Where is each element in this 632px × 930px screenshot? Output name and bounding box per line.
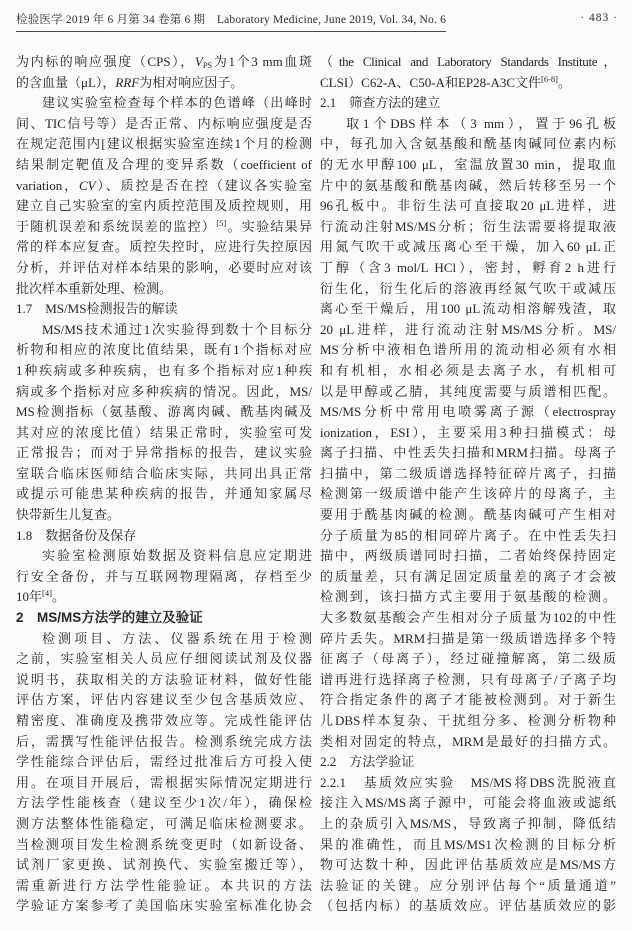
text-run: MS/MS分析中常用电喷雾离子源（electrospray (320, 404, 616, 419)
text-line: MS/MS技术通过1次实验得到数十个目标分 (16, 320, 312, 341)
text-line: 碎片丢失。MRM扫描是第一级质谱选择多个特 (320, 629, 616, 650)
text-run: 试剂厂家更换、试剂换代、实验室搬迁等）， (16, 857, 312, 872)
text-run: 于随机误差和系统误差的监控） (16, 219, 216, 234)
text-run: CLSI）C62-A、C50-A和EP28-A3C文件 (320, 75, 541, 90)
text-line: 实验室检测原始数据及资料信息应定期进 (16, 546, 312, 567)
text-run: 行流动注射MS/MS分析；衍生法需要将提取液 (320, 219, 616, 234)
text-line: 于随机误差和系统误差的监控）[5]。实验结果异 (16, 217, 312, 238)
text-run: 其对应的浓度比值）结果正常时，实验室可发 (16, 425, 312, 440)
text-run: MS/MS技术通过1次实验得到数十个目标分 (42, 322, 312, 337)
text-line: 描中，两级质谱同时扫描，二者始终保持固定 (320, 546, 616, 567)
text-run: 1.7 MS/MS检测报告的解读 (16, 301, 177, 316)
text-run: ionization，ESI），主要采用3种扫描模式：母 (320, 425, 616, 440)
text-line: 以是甲醇或乙腈，其纯度需要与质谱相匹配。 (320, 382, 616, 403)
text-line: 其对应的浓度比值）结果正常时，实验室可发 (16, 423, 312, 444)
right-column: （the Clinical and Laboratory Standards I… (320, 52, 616, 917)
text-run: 96孔板中。非衍生法可直接取20 μL进样，进 (320, 198, 616, 213)
text-run: variation， (16, 178, 79, 193)
text-run: 的含血量（μL）， (16, 75, 115, 90)
text-run: 快带新生儿复查。 (16, 507, 120, 522)
text-run: 用。在项目开展后，需根据实际情况定期进行 (16, 775, 312, 790)
text-run: 1.8 数据备份及保存 (16, 528, 136, 543)
text-line: 分子质量为85的相同碎片离子。在中性丢失扫 (320, 526, 616, 547)
text-line: （包括内标）的基质效应。评估基质效应的影 (320, 896, 616, 917)
text-line: 为内标的响应强度（CPS），VPS为1个3 mm血斑 (16, 52, 312, 73)
text-line: 扫描中，第二级质谱选择特征碎片离子，扫描 (320, 464, 616, 485)
text-run: 要用于酰基肉碱的检测。酰基肉碱可产生相对 (320, 507, 616, 522)
text-run: 儿DBS样本复杂、干扰组分多、检测分析物种 (320, 713, 616, 728)
italic-symbol: V (195, 54, 203, 69)
text-line: 2.2.1 基质效应实验 MS/MS将DBS洗脱液直 (320, 773, 616, 794)
text-run: 实验室检测原始数据及资料信息应定期进 (42, 548, 312, 563)
text-line: 的含血量（μL），RRF为相对响应因子。 (16, 73, 312, 94)
text-run: 2.2 方法学验证 (320, 754, 414, 769)
text-line: 1种疾病或多种疾病，也有多个指标对应1种疾 (16, 361, 312, 382)
text-run: 离心至干燥后，用100 μL流动相溶解残渣，取 (320, 301, 616, 316)
text-run: （包括内标）的基质效应。评估基质效应的影 (320, 898, 616, 913)
text-line: MS检测指标（氨基酸、游离肉碱、酰基肉碱及 (16, 402, 312, 423)
text-line: 接注入MS/MS离子源中，可能会将血液或滤纸 (320, 793, 616, 814)
text-run: （the Clinical and Laboratory Standards I… (320, 54, 616, 69)
text-line: 精密度、准确度及携带效应等。完成性能评估 (16, 711, 312, 732)
text-line: 检测到，该扫描方式主要用于氨基酸的检测。 (320, 587, 616, 608)
text-line: 法验证的关键。应分别评估每个“质量通道” (320, 876, 616, 897)
text-line: 要用于酰基肉碱的检测。酰基肉碱可产生相对 (320, 505, 616, 526)
text-line: 建立自己实验室的室内质控范围及质控规则，用 (16, 196, 312, 217)
text-line: 上的杂质引入MS/MS，导致离子抑制，降低结 (320, 814, 616, 835)
text-run: 建立自己实验室的室内质控范围及质控规则，用 (16, 198, 312, 213)
text-run: 果的准确性，而且MS/MS1次检测的目标分析 (320, 837, 616, 852)
text-line: 正常报告；而对于异常指标的报告，建议实验 (16, 443, 312, 464)
text-run: 正常报告；而对于异常指标的报告，建议实验 (16, 445, 312, 460)
text-run: 用氮气吹干或减压离心至干燥，加入60 μL正 (320, 239, 616, 254)
text-run: 征离子（母离子），经过碰撞解离，第二级质 (320, 651, 616, 666)
text-line: 试剂厂家更换、试剂换代、实验室搬迁等）， (16, 855, 312, 876)
text-line: 的质量差，只有满足固定质量差的离子才会被 (320, 567, 616, 588)
text-run: 。 (52, 589, 65, 604)
text-run: 离子扫描、中性丢失扫描和MRM扫描。母离子 (320, 445, 616, 460)
text-line: 析物和相应的浓度比值结果，既有1个指标对应 (16, 340, 312, 361)
text-run: 测方法整体性能稳定，可满足临床检测要求。 (16, 816, 312, 831)
text-run: 在规定范围内[建议根据实验室连续1个月的检测 (16, 136, 312, 151)
text-line: 用氮气吹干或减压离心至干燥，加入60 μL正 (320, 237, 616, 258)
text-run: 和有机相，水相必须是去离子水，有机相可 (320, 363, 616, 378)
text-run: 碎片丢失。MRM扫描是第一级质谱选择多个特 (320, 631, 616, 646)
text-run: 符合指定条件的离子才能被检测到。对于新生 (320, 692, 616, 707)
text-run: 法验证的关键。应分别评估每个“质量通道” (320, 878, 616, 893)
text-line: 物可达数十种，因此评估基质效应是MS/MS方 (320, 855, 616, 876)
text-run: 。 (558, 75, 571, 90)
text-run: 2 MS/MS方法学的建立及验证 (16, 610, 203, 625)
text-run: 。实验结果异 (226, 219, 312, 234)
text-line: ionization，ESI），主要采用3种扫描模式：母 (320, 423, 616, 444)
text-line: 96孔板中。非衍生法可直接取20 μL进样，进 (320, 196, 616, 217)
text-run: 学性能综合评估后，需经过批准后方可投入使 (16, 754, 312, 769)
text-run: 建议实验室检查每个样本的色谱峰（出峰时 (42, 95, 312, 110)
journal-page: 检验医学 2019 年 6 月第 34 卷第 6 期 Laboratory Me… (0, 0, 632, 930)
text-line: 常的样本应复查。质控失控时，应进行失控原因 (16, 237, 312, 258)
text-line: 或提示可能患某种疾病的报告，并通知家属尽 (16, 484, 312, 505)
journal-header-text: 检验医学 2019 年 6 月第 34 卷第 6 期 Laboratory Me… (16, 11, 446, 32)
text-run: 上的杂质引入MS/MS，导致离子抑制，降低结 (320, 816, 616, 831)
text-run: 方法学性能核查（建议至少1次/年），确保检 (16, 795, 312, 810)
text-line: 评估方案，评估内容建议至少包含基质效应、 (16, 690, 312, 711)
text-run: 检测到，该扫描方式主要用于氨基酸的检测。 (320, 589, 616, 604)
text-line: 间、TIC信号等）是否正常、内标响应强度是否 (16, 114, 312, 135)
text-run: 需重新进行方法学性能验证。本共识的方法 (16, 878, 312, 893)
text-run: 结果制定靶值及合理的变异系数（coefficient of (16, 157, 312, 172)
text-run: 2.2.1 基质效应实验 MS/MS将DBS洗脱液直 (320, 775, 616, 790)
text-run: 10年 (16, 589, 42, 604)
text-line: 片中的氨基酸和酰基肉碱，然后转移至另一个 (320, 176, 616, 197)
text-run: 接注入MS/MS离子源中，可能会将血液或滤纸 (320, 795, 616, 810)
text-line: 之前，实验室相关人员应仔细阅读试剂及仪器 (16, 649, 312, 670)
text-run: 当检测项目发生检测系统变更时（如新设备、 (16, 837, 312, 852)
text-run: 说明书，获取相关的方法验证材料，做好性能 (16, 672, 312, 687)
text-run: MS分析中液相色谱所用的流动相必须有水相 (320, 342, 616, 357)
text-line: 20 μL进样，进行流动注射MS/MS分析。MS/ (320, 320, 616, 341)
subscript-text: PS (203, 60, 212, 70)
text-run: 为内标的响应强度（CPS）， (16, 54, 195, 69)
text-run: 衍生化，衍生化后的溶液再经氮气吹干或减压 (320, 281, 616, 296)
text-run: 物可达数十种，因此评估基质效应是MS/MS方 (320, 857, 616, 872)
text-run: 检测第一级质谱中能产生该碎片的母离子，主 (320, 486, 616, 501)
citation-superscript: [4] (42, 588, 52, 598)
text-run: 间、TIC信号等）是否正常、内标响应强度是否 (16, 116, 312, 131)
text-run: 的无水甲醇100 μL，室温放置30 min，提取血 (320, 157, 616, 172)
text-line: variation，CV）、质控是否在控（建议各实验室 (16, 176, 312, 197)
text-line: 测方法整体性能稳定，可满足临床检测要求。 (16, 814, 312, 835)
text-run: 描中，两级质谱同时扫描，二者始终保持固定 (320, 548, 616, 563)
text-run: 分析，并评估对样本结果的影响，必要时应对该 (16, 260, 312, 275)
text-run: 取1个DBS样本（3 mm），置于96孔板 (346, 116, 616, 131)
text-line: 符合指定条件的离子才能被检测到。对于新生 (320, 690, 616, 711)
text-line: 中，每孔加入含氨基酸和酰基肉碱同位素内标 (320, 134, 616, 155)
section-heading: 1.7 MS/MS检测报告的解读 (16, 299, 312, 320)
text-run: 精密度、准确度及携带效应等。完成性能评估 (16, 713, 312, 728)
text-run: 中，每孔加入含氨基酸和酰基肉碱同位素内标 (320, 136, 616, 151)
section-heading: 2.2 方法学验证 (320, 752, 616, 773)
text-run: 常的样本应复查。质控失控时，应进行失控原因 (16, 239, 312, 254)
text-run: 为相对响应因子。 (139, 75, 243, 90)
text-run: 检测项目、方法、仪器系统在用于检测 (42, 631, 312, 646)
text-line: 征离子（母离子），经过碰撞解离，第二级质 (320, 649, 616, 670)
text-line: 学性能综合评估后，需经过批准后方可投入使 (16, 752, 312, 773)
text-line: 检测第一级质谱中能产生该碎片的母离子，主 (320, 484, 616, 505)
text-run: 2.1 筛查方法的建立 (320, 95, 440, 110)
text-line: 分析，并评估对样本结果的影响，必要时应对该 (16, 258, 312, 279)
section-heading: 1.8 数据备份及保存 (16, 526, 312, 547)
text-run: 20 μL进样，进行流动注射MS/MS分析。MS/ (320, 322, 616, 337)
text-run: 之前，实验室相关人员应仔细阅读试剂及仪器 (16, 651, 312, 666)
text-run: 或提示可能患某种疾病的报告，并通知家属尽 (16, 486, 312, 501)
section-heading: 2.1 筛查方法的建立 (320, 93, 616, 114)
text-line: 说明书，获取相关的方法验证材料，做好性能 (16, 670, 312, 691)
text-run: 大多数氨基酸会产生相对分子质量为102的中性 (320, 610, 616, 625)
left-column: 为内标的响应强度（CPS），VPS为1个3 mm血斑的含血量（μL），RRF为相… (16, 52, 312, 917)
text-line: （the Clinical and Laboratory Standards I… (320, 52, 616, 73)
text-line: 类相对固定的特点，MRM是最好的扫描方式。 (320, 732, 616, 753)
citation-superscript: [6-8] (541, 74, 558, 84)
text-run: MS检测指标（氨基酸、游离肉碱、酰基肉碱及 (16, 404, 312, 419)
text-run: 片中的氨基酸和酰基肉碱，然后转移至另一个 (320, 178, 616, 193)
text-run: 行安全备份，并与互联网物理隔离，存档至少 (16, 569, 312, 584)
text-line: 的无水甲醇100 μL，室温放置30 min，提取血 (320, 155, 616, 176)
italic-symbol: RRF (115, 75, 139, 90)
text-line: 需重新进行方法学性能验证。本共识的方法 (16, 876, 312, 897)
text-line: 10年[4]。 (16, 587, 312, 608)
text-line: MS/MS分析中常用电喷雾离子源（electrospray (320, 402, 616, 423)
text-line: 和有机相，水相必须是去离子水，有机相可 (320, 361, 616, 382)
text-line: 批次样本重新处理、检测。 (16, 279, 312, 300)
text-run: 后，需撰写性能评估报告。检测系统完成方法 (16, 734, 312, 749)
text-run: 类相对固定的特点，MRM是最好的扫描方式。 (320, 734, 616, 749)
text-line: 室联合临床医师结合临床实际，共同出具正常 (16, 464, 312, 485)
text-run: 以是甲醇或乙腈，其纯度需要与质谱相匹配。 (320, 384, 616, 399)
text-run: 室联合临床医师结合临床实际，共同出具正常 (16, 466, 312, 481)
italic-symbol: CV (79, 178, 96, 193)
text-run: 1种疾病或多种疾病，也有多个指标对应1种疾 (16, 363, 312, 378)
text-line: 检测项目、方法、仪器系统在用于检测 (16, 629, 312, 650)
text-line: 行安全备份，并与互联网物理隔离，存档至少 (16, 567, 312, 588)
text-line: 丁醇（含3 mol/L HCl），密封，孵育2 h进行 (320, 258, 616, 279)
text-run: 析物和相应的浓度比值结果，既有1个指标对应 (16, 342, 312, 357)
text-line: 离子扫描、中性丢失扫描和MRM扫描。母离子 (320, 443, 616, 464)
text-line: 衍生化，衍生化后的溶液再经氮气吹干或减压 (320, 279, 616, 300)
text-run: 为1个3 mm血斑 (212, 54, 312, 69)
text-line: 谱再进行选择离子检测，只有母离子/子离子均 (320, 670, 616, 691)
text-line: 学验证方案参考了美国临床实验室标准化协会 (16, 896, 312, 917)
text-line: 病或多个指标对应多种疾病的情况。因此，MS/ (16, 382, 312, 403)
text-line: 取1个DBS样本（3 mm），置于96孔板 (320, 114, 616, 135)
text-run: 丁醇（含3 mol/L HCl），密封，孵育2 h进行 (320, 260, 616, 275)
text-line: 行流动注射MS/MS分析；衍生法需要将提取液 (320, 217, 616, 238)
text-run: 的质量差，只有满足固定质量差的离子才会被 (320, 569, 616, 584)
citation-superscript: [5] (216, 218, 226, 228)
text-line: 快带新生儿复查。 (16, 505, 312, 526)
text-run: ）、质控是否在控（建议各实验室 (96, 178, 312, 193)
text-line: MS分析中液相色谱所用的流动相必须有水相 (320, 340, 616, 361)
page-number: · 483 · (580, 11, 618, 24)
section-heading: 2 MS/MS方法学的建立及验证 (16, 608, 312, 629)
text-run: 谱再进行选择离子检测，只有母离子/子离子均 (320, 672, 616, 687)
text-line: 方法学性能核查（建议至少1次/年），确保检 (16, 793, 312, 814)
text-line: 后，需撰写性能评估报告。检测系统完成方法 (16, 732, 312, 753)
text-line: 在规定范围内[建议根据实验室连续1个月的检测 (16, 134, 312, 155)
page-header: 检验医学 2019 年 6 月第 34 卷第 6 期 Laboratory Me… (16, 11, 618, 32)
text-run: 分子质量为85的相同碎片离子。在中性丢失扫 (320, 528, 616, 543)
text-run: 扫描中，第二级质谱选择特征碎片离子，扫描 (320, 466, 616, 481)
text-line: 结果制定靶值及合理的变异系数（coefficient of (16, 155, 312, 176)
text-run: 学验证方案参考了美国临床实验室标准化协会 (16, 898, 312, 913)
text-run: 批次样本重新处理、检测。 (16, 281, 172, 296)
text-line: 当检测项目发生检测系统变更时（如新设备、 (16, 835, 312, 856)
text-line: 用。在项目开展后，需根据实际情况定期进行 (16, 773, 312, 794)
text-line: CLSI）C62-A、C50-A和EP28-A3C文件[6-8]。 (320, 73, 616, 94)
text-line: 大多数氨基酸会产生相对分子质量为102的中性 (320, 608, 616, 629)
text-run: 病或多个指标对应多种疾病的情况。因此，MS/ (16, 384, 312, 399)
text-line: 儿DBS样本复杂、干扰组分多、检测分析物种 (320, 711, 616, 732)
text-run: 评估方案，评估内容建议至少包含基质效应、 (16, 692, 312, 707)
text-line: 果的准确性，而且MS/MS1次检测的目标分析 (320, 835, 616, 856)
text-line: 建议实验室检查每个样本的色谱峰（出峰时 (16, 93, 312, 114)
text-line: 离心至干燥后，用100 μL流动相溶解残渣，取 (320, 299, 616, 320)
